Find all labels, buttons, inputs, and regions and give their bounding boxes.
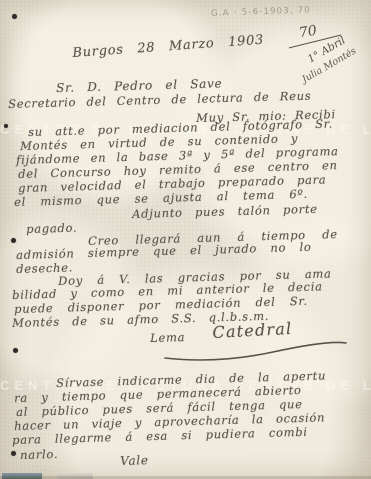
letter-closing: Vale [120, 453, 149, 468]
signature-flourish-line [163, 340, 348, 364]
margin-dot [4, 124, 8, 128]
letter-dateline: Burgos 28 Marzo 1903 [72, 33, 265, 61]
signature-lema: Catedral [212, 319, 293, 342]
corner-number-annotation: 70 [298, 23, 318, 42]
margin-dot [13, 348, 18, 353]
scanned-letter-page: CENTRE DE LECTURA CENTRE DE LECTURA CENT… [0, 0, 371, 479]
margin-dot [11, 451, 16, 456]
postscript-line: narlo. [20, 447, 58, 462]
body-line: admisión siempre que el jurado no lo [16, 240, 312, 262]
margin-dot [12, 14, 17, 19]
letter-recipient-title: Secretario del Centro de lectura de Reus [8, 89, 312, 111]
body-line: pagado. [26, 221, 77, 236]
margin-dot [11, 238, 16, 243]
pencil-archive-annotation: G.A - 5-6-1903, 70 [211, 5, 311, 18]
